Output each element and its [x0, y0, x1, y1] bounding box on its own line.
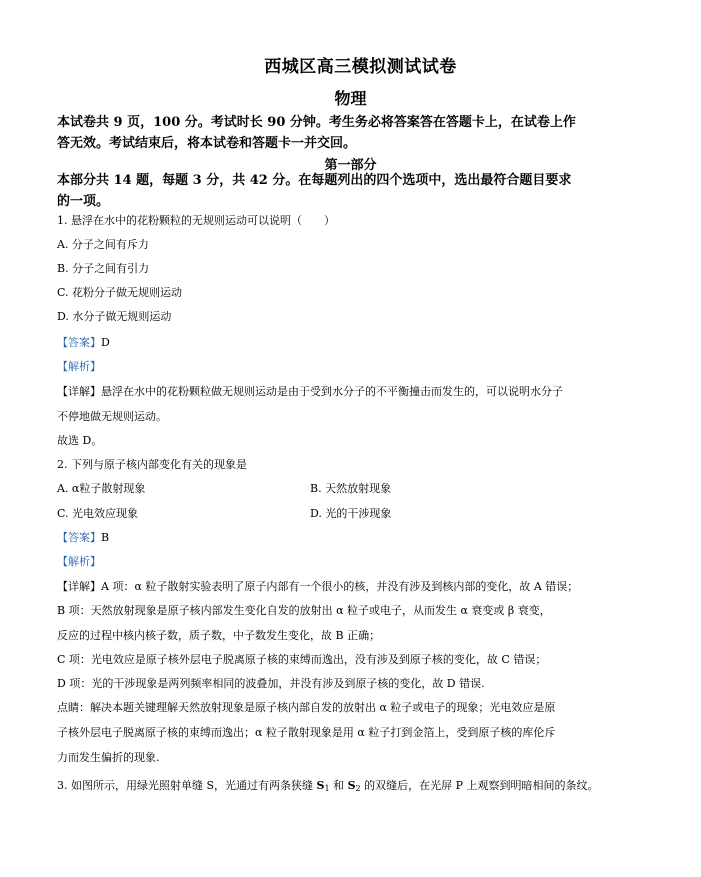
q2-detail-line-8: 力而发生偏折的现象.	[57, 751, 160, 765]
detail-text: 悬浮在水中的花粉颗粒做无规则运动是由于受到水分子的不平衡撞击而发生的，可以说明水…	[101, 385, 563, 398]
stem-text: 3. 如图所示，用绿光照射单缝 S，光通过有两条狭缝	[57, 779, 317, 792]
detail-label: 【详解】	[57, 385, 101, 398]
q2-option-d: D. 光的干涉现象	[310, 507, 391, 521]
q2-stem: 2. 下列与原子核内部变化有关的现象是	[57, 458, 247, 472]
q1-answer: 【答案】D	[57, 336, 110, 350]
q1-option-b: B. 分子之间有引力	[57, 262, 149, 276]
q2-detail-line-5: D 项：光的干涉现象是两列频率相同的波叠加，并没有涉及到原子核的变化，故 D 错…	[57, 677, 485, 691]
q2-answer: 【答案】B	[57, 531, 109, 545]
q1-option-c: C. 花粉分子做无规则运动	[57, 286, 182, 300]
q2-detail-line-6: 点睛：解决本题关键理解天然放射现象是原子核内部自发的放射出 α 粒子或电子的现象…	[57, 701, 555, 715]
answer-label: 【答案】	[57, 531, 101, 544]
answer-value: B	[101, 531, 109, 544]
q2-analysis-label: 【解析】	[57, 555, 101, 569]
q2-option-a: A. α粒子散射现象	[57, 482, 145, 496]
q1-detail-line-1: 【详解】悬浮在水中的花粉颗粒做无规则运动是由于受到水分子的不平衡撞击而发生的，可…	[57, 385, 563, 399]
q2-detail-line-3: 反应的过程中核内核子数，质子数，中子数发生变化，故 B 正确；	[57, 629, 380, 643]
q1-detail-line-2: 不停地做无规则运动。	[57, 410, 167, 424]
q2-detail-line-4: C 项：光电效应是原子核外层电子脱离原子核的束缚而逸出，没有涉及到原子核的变化，…	[57, 653, 546, 667]
detail-text: A 项：α 粒子散射实验表明了原子内部有一个很小的核，并没有涉及到核内部的变化，…	[101, 580, 578, 593]
q3-stem: 3. 如图所示，用绿光照射单缝 S，光通过有两条狭缝 S1 和 S2 的双缝后，…	[57, 779, 599, 796]
answer-value: D	[101, 336, 110, 349]
q1-conclusion: 故选 D。	[57, 434, 102, 448]
q1-option-a: A. 分子之间有斥力	[57, 238, 149, 252]
exam-title: 西城区高三模拟测试试卷	[0, 52, 701, 77]
slit-s2: S	[348, 779, 356, 792]
q2-detail-line-2: B 项：天然放射现象是原子核内部发生变化自发的放射出 α 粒子或电子，从而发生 …	[57, 604, 551, 618]
subject-title: 物理	[0, 86, 701, 109]
part-description: 本部分共 14 题，每题 3 分，共 42 分。在每题列出的四个选项中，选出最符…	[57, 170, 577, 212]
q1-option-d: D. 水分子做无规则运动	[57, 310, 171, 324]
q2-detail-line-1: 【详解】A 项：α 粒子散射实验表明了原子内部有一个很小的核，并没有涉及到核内部…	[57, 580, 578, 594]
detail-label: 【详解】	[57, 580, 101, 593]
q1-stem: 1. 悬浮在水中的花粉颗粒的无规则运动可以说明（ ）	[57, 214, 335, 228]
stem-text: 和	[330, 779, 348, 792]
stem-text: 的双缝后，在光屏 P 上观察到明暗相间的条纹。	[361, 779, 599, 792]
exam-intro: 本试卷共 9 页，100 分。考试时长 90 分钟。考生务必将答案答在答题卡上，…	[57, 112, 577, 154]
answer-label: 【答案】	[57, 336, 101, 349]
q1-analysis-label: 【解析】	[57, 360, 101, 374]
q2-option-c: C. 光电效应现象	[57, 507, 138, 521]
q2-detail-line-7: 子核外层电子脱离原子核的束缚而逸出；α 粒子散射现象是用 α 粒子打到金箔上，受…	[57, 726, 555, 740]
q2-option-b: B. 天然放射现象	[310, 482, 391, 496]
